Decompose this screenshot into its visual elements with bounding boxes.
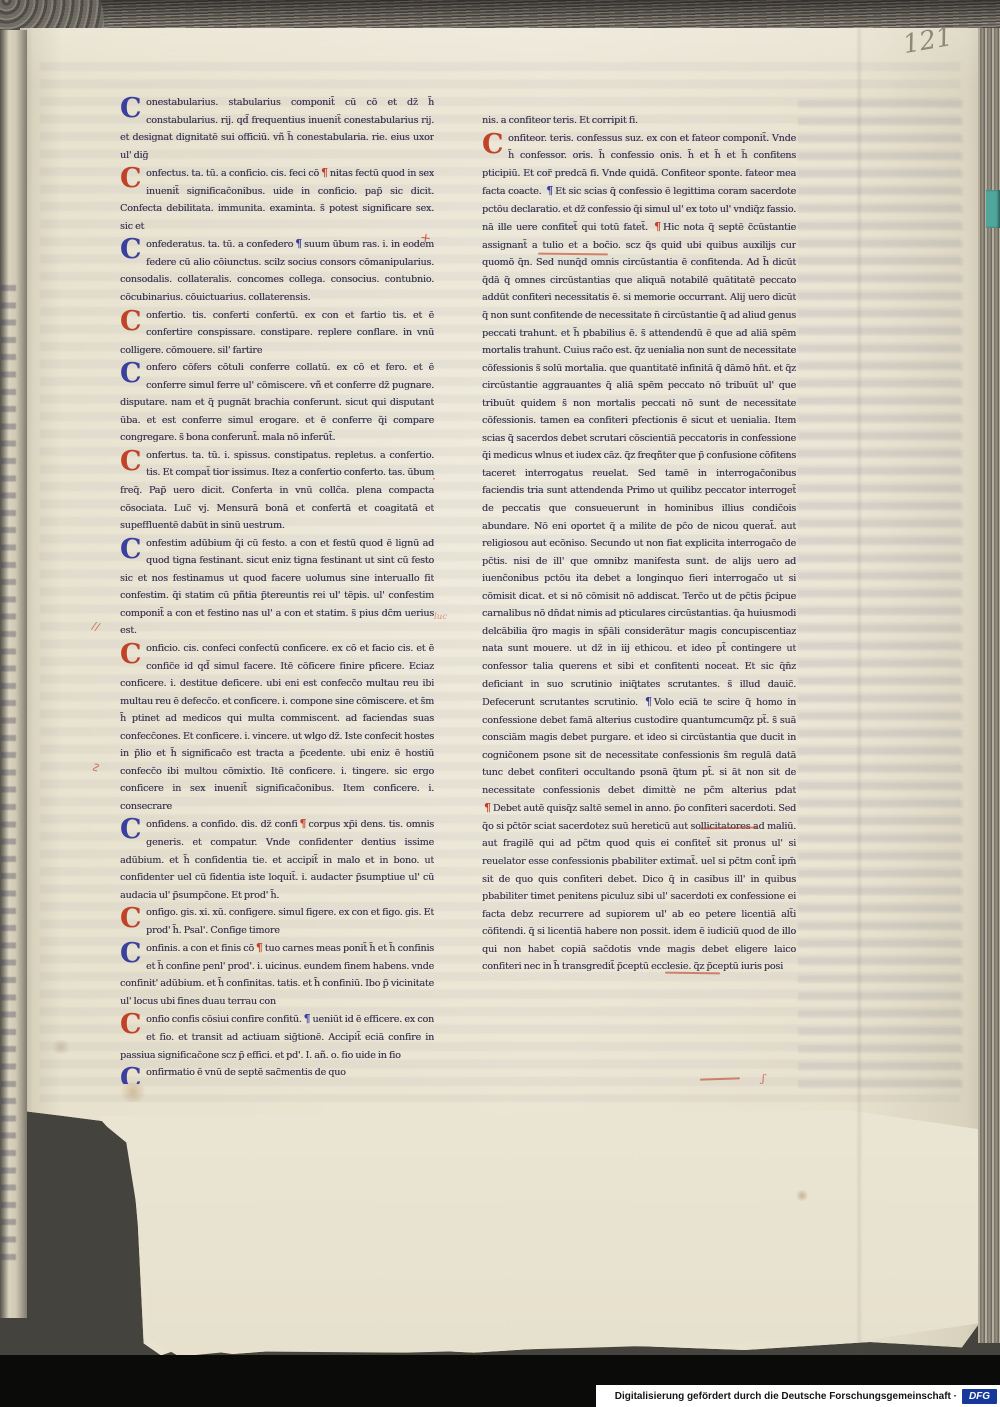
paragraph-mark: ¶ [298,817,309,830]
paragraph-mark: ¶ [293,237,304,250]
lombardic-initial: C [120,165,143,193]
margin-dot-mark: · [432,472,436,486]
entry-text: onestabularius. stabularius componit̃ cū… [120,97,434,161]
entry-text: onfidens. a confido. dis. dz̃ confi [146,819,298,830]
lombardic-initial: C [120,1065,143,1084]
manuscript-scan: 121 Conestabularius. stabularius componi… [0,0,1000,1407]
lombardic-initial: C [120,95,143,123]
digitization-credit-text: Digitalisierung gefördert durch die Deut… [615,1391,957,1402]
lombardic-initial: C [120,641,143,669]
paragraph-mark: ¶ [482,801,493,814]
dictionary-entry: nis. a confiteor teris. Et corripit fi. [482,112,796,130]
entry-text: corpus xp̃i dens. tis. omnis generis. et… [120,819,434,900]
dictionary-entry: Confertio. tis. conferti confertū. ex co… [120,307,434,360]
entry-text: Volo eciā te scire q̃ homo in confession… [482,697,796,796]
paragraph-mark: ¶ [652,220,663,233]
dictionary-entry: Confero cōfers cōtuli conferre collatū. … [120,359,434,447]
lombardic-initial: C [120,816,143,844]
entry-text: onfertio. tis. conferti confertū. ex con… [120,310,434,356]
dictionary-entry: Confertus. ta. tū. i. spissus. constipat… [120,447,434,535]
lombardic-initial: C [120,905,143,933]
text-column-left: Conestabularius. stabularius componit̃ c… [120,94,434,1084]
parchment-stain [50,1040,72,1054]
margin-cross-mark: + [419,230,432,246]
entry-text: onfigo. gis. xi. xū. configere. simul fi… [146,907,434,936]
paragraph-mark: ¶ [544,184,555,197]
lombardic-initial: C [482,131,505,159]
lombardic-initial: C [120,360,143,388]
paragraph-mark: ¶ [254,941,265,954]
dictionary-entry: Confestim adūbium q̄i cū festo. a con et… [120,535,434,640]
entry-text: onfederatus. ta. tū. a confedero [146,239,293,250]
text-column-right: nis. a confiteor teris. Et corripit fi.C… [482,112,796,1082]
parchment-stain [795,1190,809,1201]
dictionary-entry: Conestabularius. stabularius componit̃ c… [120,94,434,164]
paragraph-mark: ¶ [319,166,330,179]
entry-text: onfinis. a con et finis cō [146,943,254,954]
dictionary-entry: Confinis. a con et finis cō¶tuo carnes m… [120,939,434,1010]
digitization-credit-bar: Digitalisierung gefördert durch die Deut… [596,1385,1000,1407]
bookmark-tab [986,190,1000,228]
dictionary-entry: Confiteor. teris. confessus suz. ex con … [482,130,796,976]
dfg-logo: DFG [962,1389,997,1404]
facing-page-gutter-sliver [0,30,27,1318]
entry-text: onfectus. ta. tū. a conficio. cis. feci … [146,168,319,179]
dictionary-entry: Conficio. cis. confeci confectū conficer… [120,640,434,815]
parchment-stain [118,1082,148,1102]
lombardic-initial: C [146,1083,169,1084]
entry-text: Debet autē quisq̃z saltē semel in anno. … [482,803,796,972]
lombardic-initial: C [120,1011,143,1039]
dictionary-entry: Confidens. a confido. dis. dz̃ confi¶cor… [120,815,434,904]
paragraph-mark: ¶ [302,1012,313,1025]
dictionary-entry: Confederatus. ta. tū. a confedero¶suum ū… [120,235,434,306]
lombardic-initial: C [120,308,143,336]
margin-note: luc [434,612,447,622]
facing-page-cut-text [1,285,16,1260]
entry-text: onfio confis cōsiui confire confitū. [146,1014,302,1025]
entry-text: Hic nota q̃ septē c̃cūstantie assignant̃… [482,222,796,708]
lombardic-initial: C [120,940,143,968]
dictionary-entry: Confirmatio ē vnū de septē sac̃mentis de… [120,1064,434,1082]
lombardic-initial: C [120,448,143,476]
paragraph-mark: ¶ [643,695,654,708]
lombardic-initial: C [120,536,143,564]
entry-text: onfertus. ta. tū. i. spissus. constipatu… [120,450,434,531]
dictionary-entry: Confectus. ta. tū. a conficio. cis. feci… [120,164,434,235]
dictionary-entry: Confitens. tis. generis om¶require in vn… [120,1082,434,1084]
lombardic-initial: C [120,236,143,264]
dictionary-entry: Confio confis cōsiui confire confitū.¶ue… [120,1010,434,1064]
dictionary-entry: Configo. gis. xi. xū. configere. simul f… [120,904,434,939]
entry-text: nis. a confiteor teris. Et corripit fi. [482,115,638,126]
entry-text: onfestim adūbium q̄i cū festo. a con et … [120,538,434,637]
entry-text: onfero cōfers cōtuli conferre collatū. e… [120,362,434,443]
entry-text: onfirmatio ē vnū de septē sac̃mentis de … [146,1067,346,1078]
entry-text: onficio. cis. confeci confectū conficere… [120,643,434,812]
